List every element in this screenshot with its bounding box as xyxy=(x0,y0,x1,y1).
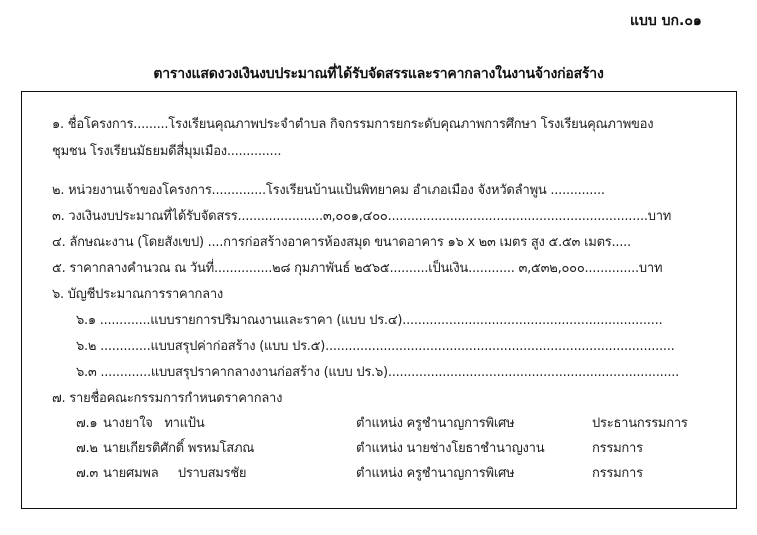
committee-position: ตำแหน่ง ครูชำนาญการพิเศษ xyxy=(356,466,514,482)
committee-position: ตำแหน่ง ครูชำนาญการพิเศษ xyxy=(356,416,514,432)
item-6-3: ๖.๓ .............แบบสรุปราคากลางงานก่อสร… xyxy=(76,365,679,381)
committee-no: ๗.๑ xyxy=(76,416,97,432)
item-7-committee: ๗. รายชื่อคณะกรรมการกำหนดราคากลาง xyxy=(52,391,282,407)
committee-role: กรรมการ xyxy=(592,441,643,457)
committee-name: นายศมพล ปราบสมรชัย xyxy=(103,466,246,482)
committee-role: กรรมการ xyxy=(592,466,643,482)
item-1-project-name-cont: ชุมชน โรงเรียนมัธยมดีสี่มุมเมือง........… xyxy=(52,144,281,160)
item-6-2: ๖.๒ .............แบบสรุปค่าก่อสร้าง (แบบ… xyxy=(76,339,675,355)
item-1-project-name: ๑. ชื่อโครงการ.........โรงเรียนคุณภาพประ… xyxy=(52,117,653,133)
item-4-work-description: ๔. ลักษณะงาน (โดยสังเขป) ....การก่อสร้าง… xyxy=(52,235,631,251)
committee-name: นางยาใจ ทาแป้น xyxy=(103,416,204,432)
committee-no: ๗.๒ xyxy=(76,441,98,457)
committee-position: ตำแหน่ง นายช่างโยธาชำนาญงาน xyxy=(356,441,544,457)
committee-name: นายเกียรติศักดิ์ พรหมโสภณ xyxy=(103,441,254,457)
item-5-median-price: ๕. ราคากลางคำนวณ ณ วันที่...............… xyxy=(52,261,662,277)
form-code: แบบ บก.๐๑ xyxy=(630,10,702,32)
item-3-budget: ๓. วงเงินงบประมาณที่ได้รับจัดสรร........… xyxy=(52,209,671,225)
committee-role: ประธานกรรมการ xyxy=(592,416,688,432)
item-6-1: ๖.๑ .............แบบรายการปริมาณงานและรา… xyxy=(76,313,662,329)
item-2-owner-agency: ๒. หน่วยงานเจ้าของโครงการ..............โ… xyxy=(52,183,605,199)
committee-no: ๗.๓ xyxy=(76,466,98,482)
item-6-price-estimate: ๖. บัญชีประมาณการราคากลาง xyxy=(52,287,223,303)
document-title: ตารางแสดงวงเงินงบประมาณที่ได้รับจัดสรรแล… xyxy=(0,63,757,85)
